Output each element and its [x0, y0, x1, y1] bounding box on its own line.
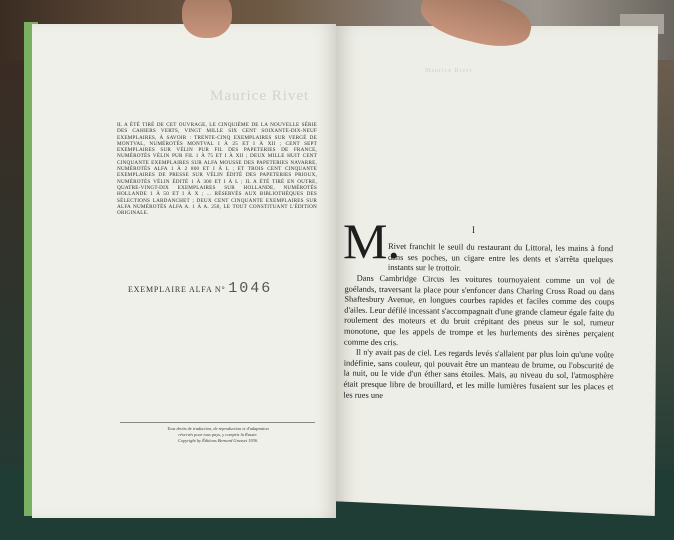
rights-notice: Tous droits de traduction, de reproducti…	[118, 426, 318, 443]
paragraph: Dans Cambridge Circus les voitures tourn…	[344, 274, 615, 351]
copy-number-line: EXEMPLAIRE ALFA N° 1046	[128, 280, 308, 297]
paragraph: Il n'y avait pas de ciel. Les regards le…	[343, 348, 614, 404]
divider-rule	[120, 422, 315, 423]
copyright-line: Copyright by Éditions Bernard Grasset 19…	[118, 438, 318, 444]
faint-show-through-title: Maurice Rivet	[210, 88, 309, 105]
chapter-body: Dans Cambridge Circus les voitures tourn…	[343, 274, 614, 404]
left-thumb	[182, 0, 232, 38]
copy-number: 1046	[228, 280, 272, 297]
colophon-text: Il a été tiré de cet ouvrage, le cinquiè…	[117, 122, 317, 216]
copy-number-label: EXEMPLAIRE ALFA N°	[128, 285, 225, 294]
faint-running-head: Maurice Rivet	[425, 68, 473, 74]
chapter-number: I	[472, 225, 475, 235]
opening-lines: Rivet franchit le seuil du restaurant du…	[388, 242, 613, 276]
